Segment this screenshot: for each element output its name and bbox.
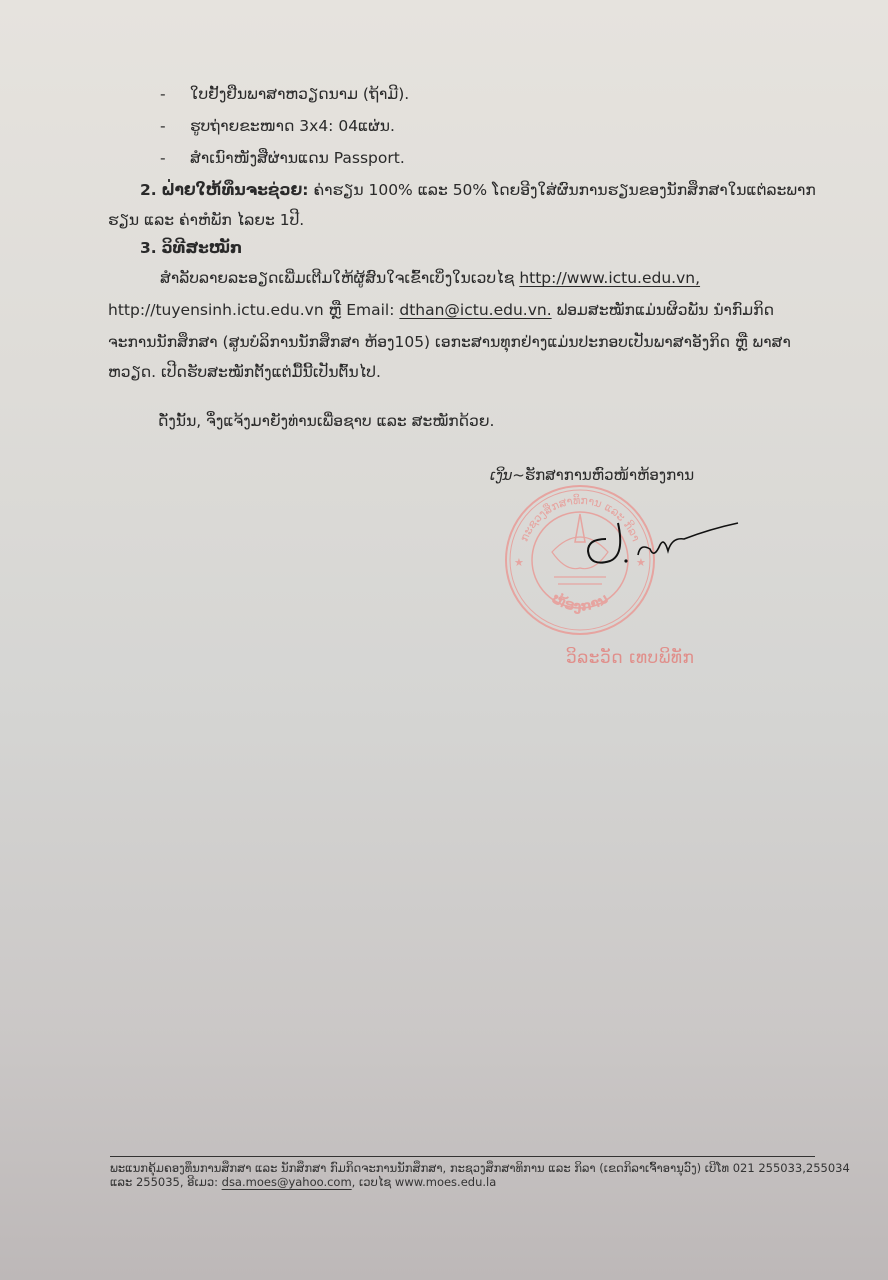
section-3-line-3: ຈະການນັກສຶກສາ (ສູນບໍລິການນັກສຶກສາ ຫ້ອງ10… xyxy=(108,332,791,352)
footer-divider xyxy=(110,1156,815,1157)
section-3-heading: 3. ວິທີສະໝັກ xyxy=(140,238,242,258)
footer-email-link[interactable]: dsa.moes@yahoo.com xyxy=(222,1175,352,1189)
svg-text:ຫ້ອງການ: ຫ້ອງການ xyxy=(549,590,612,615)
bullet-item: -ຮູບຖ່າຍຂະໜາດ 3x4: 04ແຜ່ນ. xyxy=(160,116,395,136)
bullet-item: -ສຳເນົາໜັງສືຜ່ານແດນ Passport. xyxy=(160,148,405,168)
admissions-link[interactable]: http://tuyensinh.ictu.edu.vn ຫຼື Email: xyxy=(108,301,394,319)
bullet-marker: - xyxy=(160,148,190,168)
section-3-line-2: http://tuyensinh.ictu.edu.vn ຫຼື Email: … xyxy=(108,300,774,320)
svg-text:★: ★ xyxy=(514,556,524,569)
section-3-line-1: ສຳລັບລາຍລະອຽດເພີ່ມເຕີມໃຫ້ຜູ້ສົນໃຈເຂົ້າເບ… xyxy=(160,268,700,288)
section-2-heading: ຝ່າຍໃຫ້ທຶນຈະຊ່ວຍ: xyxy=(162,181,309,199)
handwritten-signature-icon xyxy=(580,515,740,575)
footer-address: ພະແນກຄຸ້ມຄອງທຶນການສຶກສາ ແລະ ນັກສຶກສາ ກົມ… xyxy=(110,1161,850,1175)
footer-contact: ແລະ 255035, ອີເມວ: dsa.moes@yahoo.com, ເ… xyxy=(110,1175,496,1189)
website-link[interactable]: http://www.ictu.edu.vn, xyxy=(519,269,700,287)
section-3-line-4: ຫວຽດ. ເປີດຮັບສະໝັກຕັ້ງແຕ່ມື້ນີ້ເປັນຕົ້ນໄ… xyxy=(108,362,381,382)
section-2-line-1: 2. ຝ່າຍໃຫ້ທຶນຈະຊ່ວຍ: ຄ່າຮຽນ 100% ແລະ 50%… xyxy=(140,180,816,200)
bullet-marker: - xyxy=(160,116,190,136)
document-page: -ໃບຢັ້ງຢືນພາສາຫວຽດນາມ (ຖ້າມີ). -ຮູບຖ່າຍຂ… xyxy=(0,0,888,1280)
signer-name: ວິລະວັດ ເທບພິທັກ xyxy=(566,648,694,668)
footer-website-link[interactable]: , ເວບໄຊ www.moes.edu.la xyxy=(352,1175,497,1189)
section-2-number: 2. xyxy=(140,181,157,199)
email-link[interactable]: dthan@ictu.edu.vn. xyxy=(399,301,551,319)
bullet-marker: - xyxy=(160,84,190,104)
section-2-line-2: ຮຽນ ແລະ ຄ່າຫໍພັກ ໄລຍະ 1ປີ. xyxy=(108,210,304,230)
closing-sentence: ດັ່ງນັ້ນ, ຈຶ່ງແຈ້ງມາຍັງທ່ານເພື່ອຊາບ ແລະ … xyxy=(158,411,494,431)
bullet-item: -ໃບຢັ້ງຢືນພາສາຫວຽດນາມ (ຖ້າມີ). xyxy=(160,84,409,104)
